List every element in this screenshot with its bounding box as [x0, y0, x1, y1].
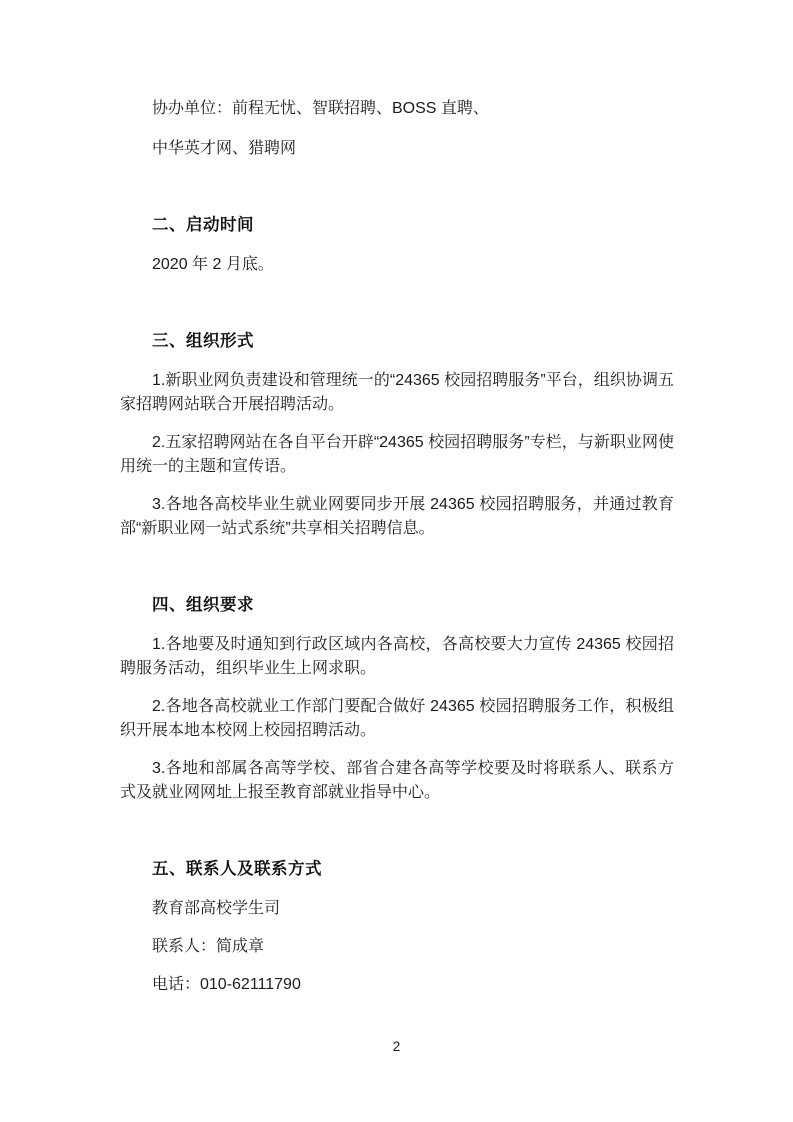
- doc-paragraph: 2020 年 2 月底。: [120, 253, 674, 277]
- intro-line-co-organizers-cont: 中华英才网、猎聘网: [120, 137, 674, 161]
- section-heading-contacts: 五、联系人及联系方式: [120, 857, 674, 881]
- doc-paragraph: 2.五家招聘网站在各自平台开辟“24365 校园招聘服务”专栏，与新职业网使用统…: [120, 431, 674, 479]
- doc-paragraph: 1.各地要及时通知到行政区域内各高校，各高校要大力宣传 24365 校园招聘服务…: [120, 633, 674, 681]
- section-heading-organization-form: 三、组织形式: [120, 329, 674, 353]
- doc-paragraph-department: 教育部高校学生司: [120, 897, 674, 921]
- doc-paragraph-contact-person: 联系人：简成章: [120, 935, 674, 959]
- document-page: 协办单位：前程无忧、智联招聘、BOSS 直聘、 中华英才网、猎聘网 二、启动时间…: [0, 0, 793, 1122]
- section-heading-start-time: 二、启动时间: [120, 213, 674, 237]
- document-content: 协办单位：前程无忧、智联招聘、BOSS 直聘、 中华英才网、猎聘网 二、启动时间…: [120, 97, 674, 1011]
- doc-paragraph: 3.各地各高校毕业生就业网要同步开展 24365 校园招聘服务，并通过教育部“新…: [120, 493, 674, 541]
- section-heading-organization-requirements: 四、组织要求: [120, 593, 674, 617]
- doc-paragraph: 3.各地和部属各高等学校、部省合建各高等学校要及时将联系人、联系方式及就业网网址…: [120, 757, 674, 805]
- doc-paragraph: 1.新职业网负责建设和管理统一的“24365 校园招聘服务”平台，组织协调五家招…: [120, 369, 674, 417]
- doc-paragraph: 2.各地各高校就业工作部门要配合做好 24365 校园招聘服务工作，积极组织开展…: [120, 695, 674, 743]
- doc-paragraph-phone: 电话：010-62111790: [120, 973, 674, 997]
- page-number: 2: [0, 1038, 793, 1056]
- intro-line-co-organizers: 协办单位：前程无忧、智联招聘、BOSS 直聘、: [120, 97, 674, 121]
